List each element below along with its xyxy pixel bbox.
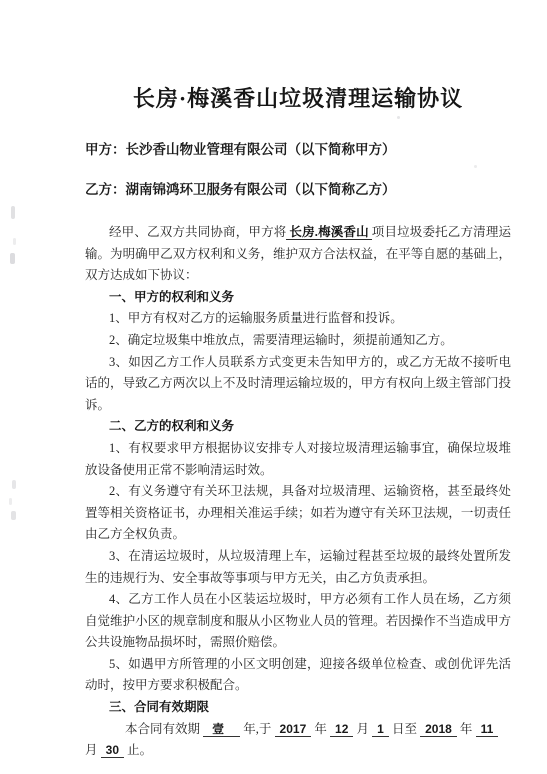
text-run: 三、合同有效期限	[109, 700, 209, 714]
text-run: 年	[457, 722, 476, 736]
underlined-text: 长房.梅溪香山	[286, 225, 371, 240]
text-run: 本合同有效期	[125, 722, 203, 736]
scan-artifact	[11, 511, 16, 520]
filled-blank: 2018	[420, 722, 457, 737]
text-run: 2、确定垃圾集中堆放点，需要清理运输时，须提前通知乙方。	[109, 333, 453, 347]
scan-artifact	[9, 498, 12, 505]
text-run: 3、如因乙方工作人员联系方式变更未告知甲方的，或乙方无故不接听电话的，导致乙方两…	[85, 355, 511, 412]
paragraph: 经甲、乙双方共同协商，甲方将长房.梅溪香山项目垃圾委托乙方清理运输。为明确甲乙双…	[85, 222, 511, 287]
document-content: 长房·梅溪香山垃圾清理运输协议 甲方：长沙香山物业管理有限公司（以下简称甲方） …	[85, 0, 511, 762]
scan-artifact	[12, 480, 16, 489]
text-run: 1、甲方有权对乙方的运输服务质量进行监督和投诉。	[109, 311, 403, 325]
text-run: 2、有义务遵守有关环卫法规，具备对垃圾清理、运输资格，甚至最终处置等相关资格证书…	[85, 484, 511, 541]
paragraph: 1、有权要求甲方根据协议安排专人对接垃圾清理运输事宜，确保垃圾堆放设备使用正常不…	[85, 438, 511, 481]
section-heading: 一、甲方的权利和义务	[85, 287, 511, 309]
text-run: 3、在清运垃圾时，从垃圾清理上车，运输过程甚至垃圾的最终处置所发生的违规行为、安…	[85, 549, 511, 585]
paragraph: 3、在清运垃圾时，从垃圾清理上车，运输过程甚至垃圾的最终处置所发生的违规行为、安…	[85, 546, 511, 589]
document-title: 长房·梅溪香山垃圾清理运输协议	[85, 84, 511, 114]
text-run: 5、如遇甲方所管理的小区文明创建，迎接各级单位检查、或创优评先活动时，按甲方要求…	[85, 657, 511, 693]
paragraph: 5、如遇甲方所管理的小区文明创建，迎接各级单位检查、或创优评先活动时，按甲方要求…	[85, 654, 511, 697]
paragraph: 2、确定垃圾集中堆放点，需要清理运输时，须提前通知乙方。	[85, 330, 511, 352]
filled-blank: 11	[476, 722, 499, 737]
section-heading: 三、合同有效期限	[85, 697, 511, 719]
party-b-line: 乙方：湖南锦鸿环卫服务有限公司（以下简称乙方）	[85, 181, 511, 199]
text-run: 经甲、乙双方共同协商，甲方将	[109, 225, 286, 239]
scan-artifact	[13, 238, 16, 245]
text-run: 二、乙方的权利和义务	[109, 419, 234, 433]
scan-artifact	[11, 206, 15, 219]
text-run: 止。	[124, 743, 152, 757]
scan-artifact	[10, 253, 15, 264]
paragraph: 1、甲方有权对乙方的运输服务质量进行监督和投诉。	[85, 308, 511, 330]
scanned-contract-page: 长房·梅溪香山垃圾清理运输协议 甲方：长沙香山物业管理有限公司（以下简称甲方） …	[0, 0, 547, 774]
text-run: 1、有权要求甲方根据协议安排专人对接垃圾清理运输事宜，确保垃圾堆放设备使用正常不…	[85, 441, 511, 477]
text-run: 年	[311, 722, 330, 736]
text-run: 月	[353, 722, 372, 736]
filled-blank: 12	[330, 722, 353, 737]
filled-blank: 30	[101, 743, 124, 758]
paragraph: 2、有义务遵守有关环卫法规，具备对垃圾清理、运输资格，甚至最终处置等相关资格证书…	[85, 481, 511, 546]
party-a-line: 甲方：长沙香山物业管理有限公司（以下简称甲方）	[85, 141, 511, 159]
section-heading: 二、乙方的权利和义务	[85, 416, 511, 438]
paragraph: 3、如因乙方工作人员联系方式变更未告知甲方的，或乙方无故不接听电话的，导致乙方两…	[85, 352, 511, 417]
filled-blank: 壹	[203, 722, 240, 737]
text-run: 日至	[389, 722, 420, 736]
filled-blank: 2017	[275, 722, 312, 737]
paragraph: 本合同有效期 壹 年,于 2017 年 12 月 1 日至 2018 年 11 …	[85, 719, 511, 762]
text-run: 月	[85, 743, 101, 757]
text-run: 年,于	[240, 722, 274, 736]
document-body: 经甲、乙双方共同协商，甲方将长房.梅溪香山项目垃圾委托乙方清理运输。为明确甲乙双…	[85, 222, 511, 762]
filled-blank: 1	[372, 722, 389, 737]
text-run: 4、乙方工作人员在小区装运垃圾时，甲方必须有工作人员在场，乙方须自觉维护小区的规…	[85, 592, 511, 649]
paragraph: 4、乙方工作人员在小区装运垃圾时，甲方必须有工作人员在场，乙方须自觉维护小区的规…	[85, 589, 511, 654]
text-run: 一、甲方的权利和义务	[109, 290, 234, 304]
